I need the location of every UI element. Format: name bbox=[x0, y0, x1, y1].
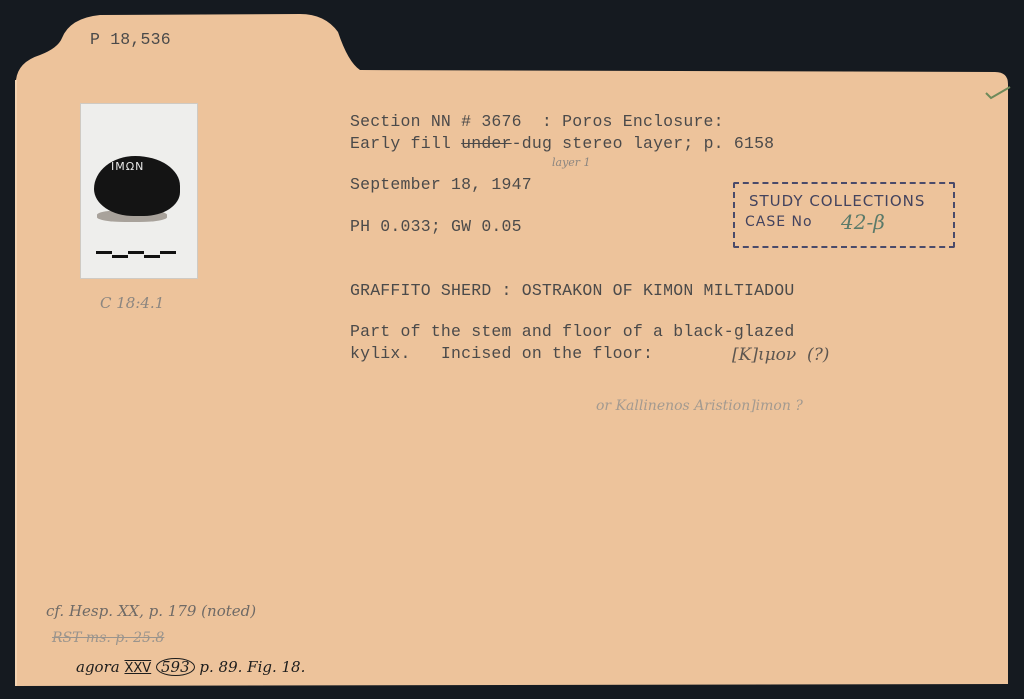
struck-word: under bbox=[461, 134, 512, 153]
catalog-number: P 18,536 bbox=[90, 29, 171, 51]
alternate-reading: or Kallinenos Aristion]imon ? bbox=[596, 398, 803, 414]
section-line-1: Section NN # 3676 : Poros Enclosure: bbox=[350, 111, 724, 133]
agora-reference: agora XXV 593 p. 89. Fig. 18. bbox=[76, 658, 305, 676]
layer-insertion: layer 1 bbox=[552, 156, 591, 169]
section-line-2: Early fill under-dug stereo layer; p. 61… bbox=[350, 133, 774, 155]
stamp-line-1: STUDY COLLECTIONS bbox=[749, 192, 925, 210]
catalog-card: P 18,536 ΙΜΩΝ C 18:4.1 Section NN # 3676… bbox=[0, 0, 1024, 699]
agora-number-circled: 593 bbox=[156, 658, 195, 676]
description-line-2: kylix. Incised on the floor: bbox=[350, 343, 653, 365]
section-prefix: Early fill bbox=[350, 134, 461, 153]
hesperia-reference: cf. Hesp. XX, p. 179 (noted) bbox=[46, 602, 256, 620]
study-collections-stamp: STUDY COLLECTIONS CASE No 42-β bbox=[733, 182, 955, 248]
photo-caption: C 18:4.1 bbox=[100, 294, 164, 312]
greek-reading: [Κ]ιμον (?) bbox=[732, 345, 829, 365]
agora-page: p. 89. Fig. 18. bbox=[199, 658, 305, 676]
sherd-inscription: ΙΜΩΝ bbox=[111, 160, 144, 173]
dimensions: PH 0.033; GW 0.05 bbox=[350, 216, 522, 238]
section-rest: -dug stereo layer; p. 6158 bbox=[512, 134, 775, 153]
date: September 18, 1947 bbox=[350, 174, 532, 196]
sherd-photograph: ΙΜΩΝ bbox=[80, 103, 198, 279]
checkmark-icon bbox=[984, 84, 1012, 100]
object-title: GRAFFITO SHERD : OSTRAKON OF KIMON MILTI… bbox=[350, 280, 794, 302]
stamp-case-value: 42-β bbox=[841, 210, 885, 234]
description-line-1: Part of the stem and floor of a black-gl… bbox=[350, 321, 794, 343]
stamp-case-label: CASE No bbox=[745, 214, 813, 230]
struck-reference: RST ms. p. 25.8 bbox=[52, 630, 164, 646]
agora-prefix: agora bbox=[76, 658, 120, 676]
scale-bar bbox=[96, 251, 178, 259]
agora-volume: XXV bbox=[124, 661, 151, 676]
